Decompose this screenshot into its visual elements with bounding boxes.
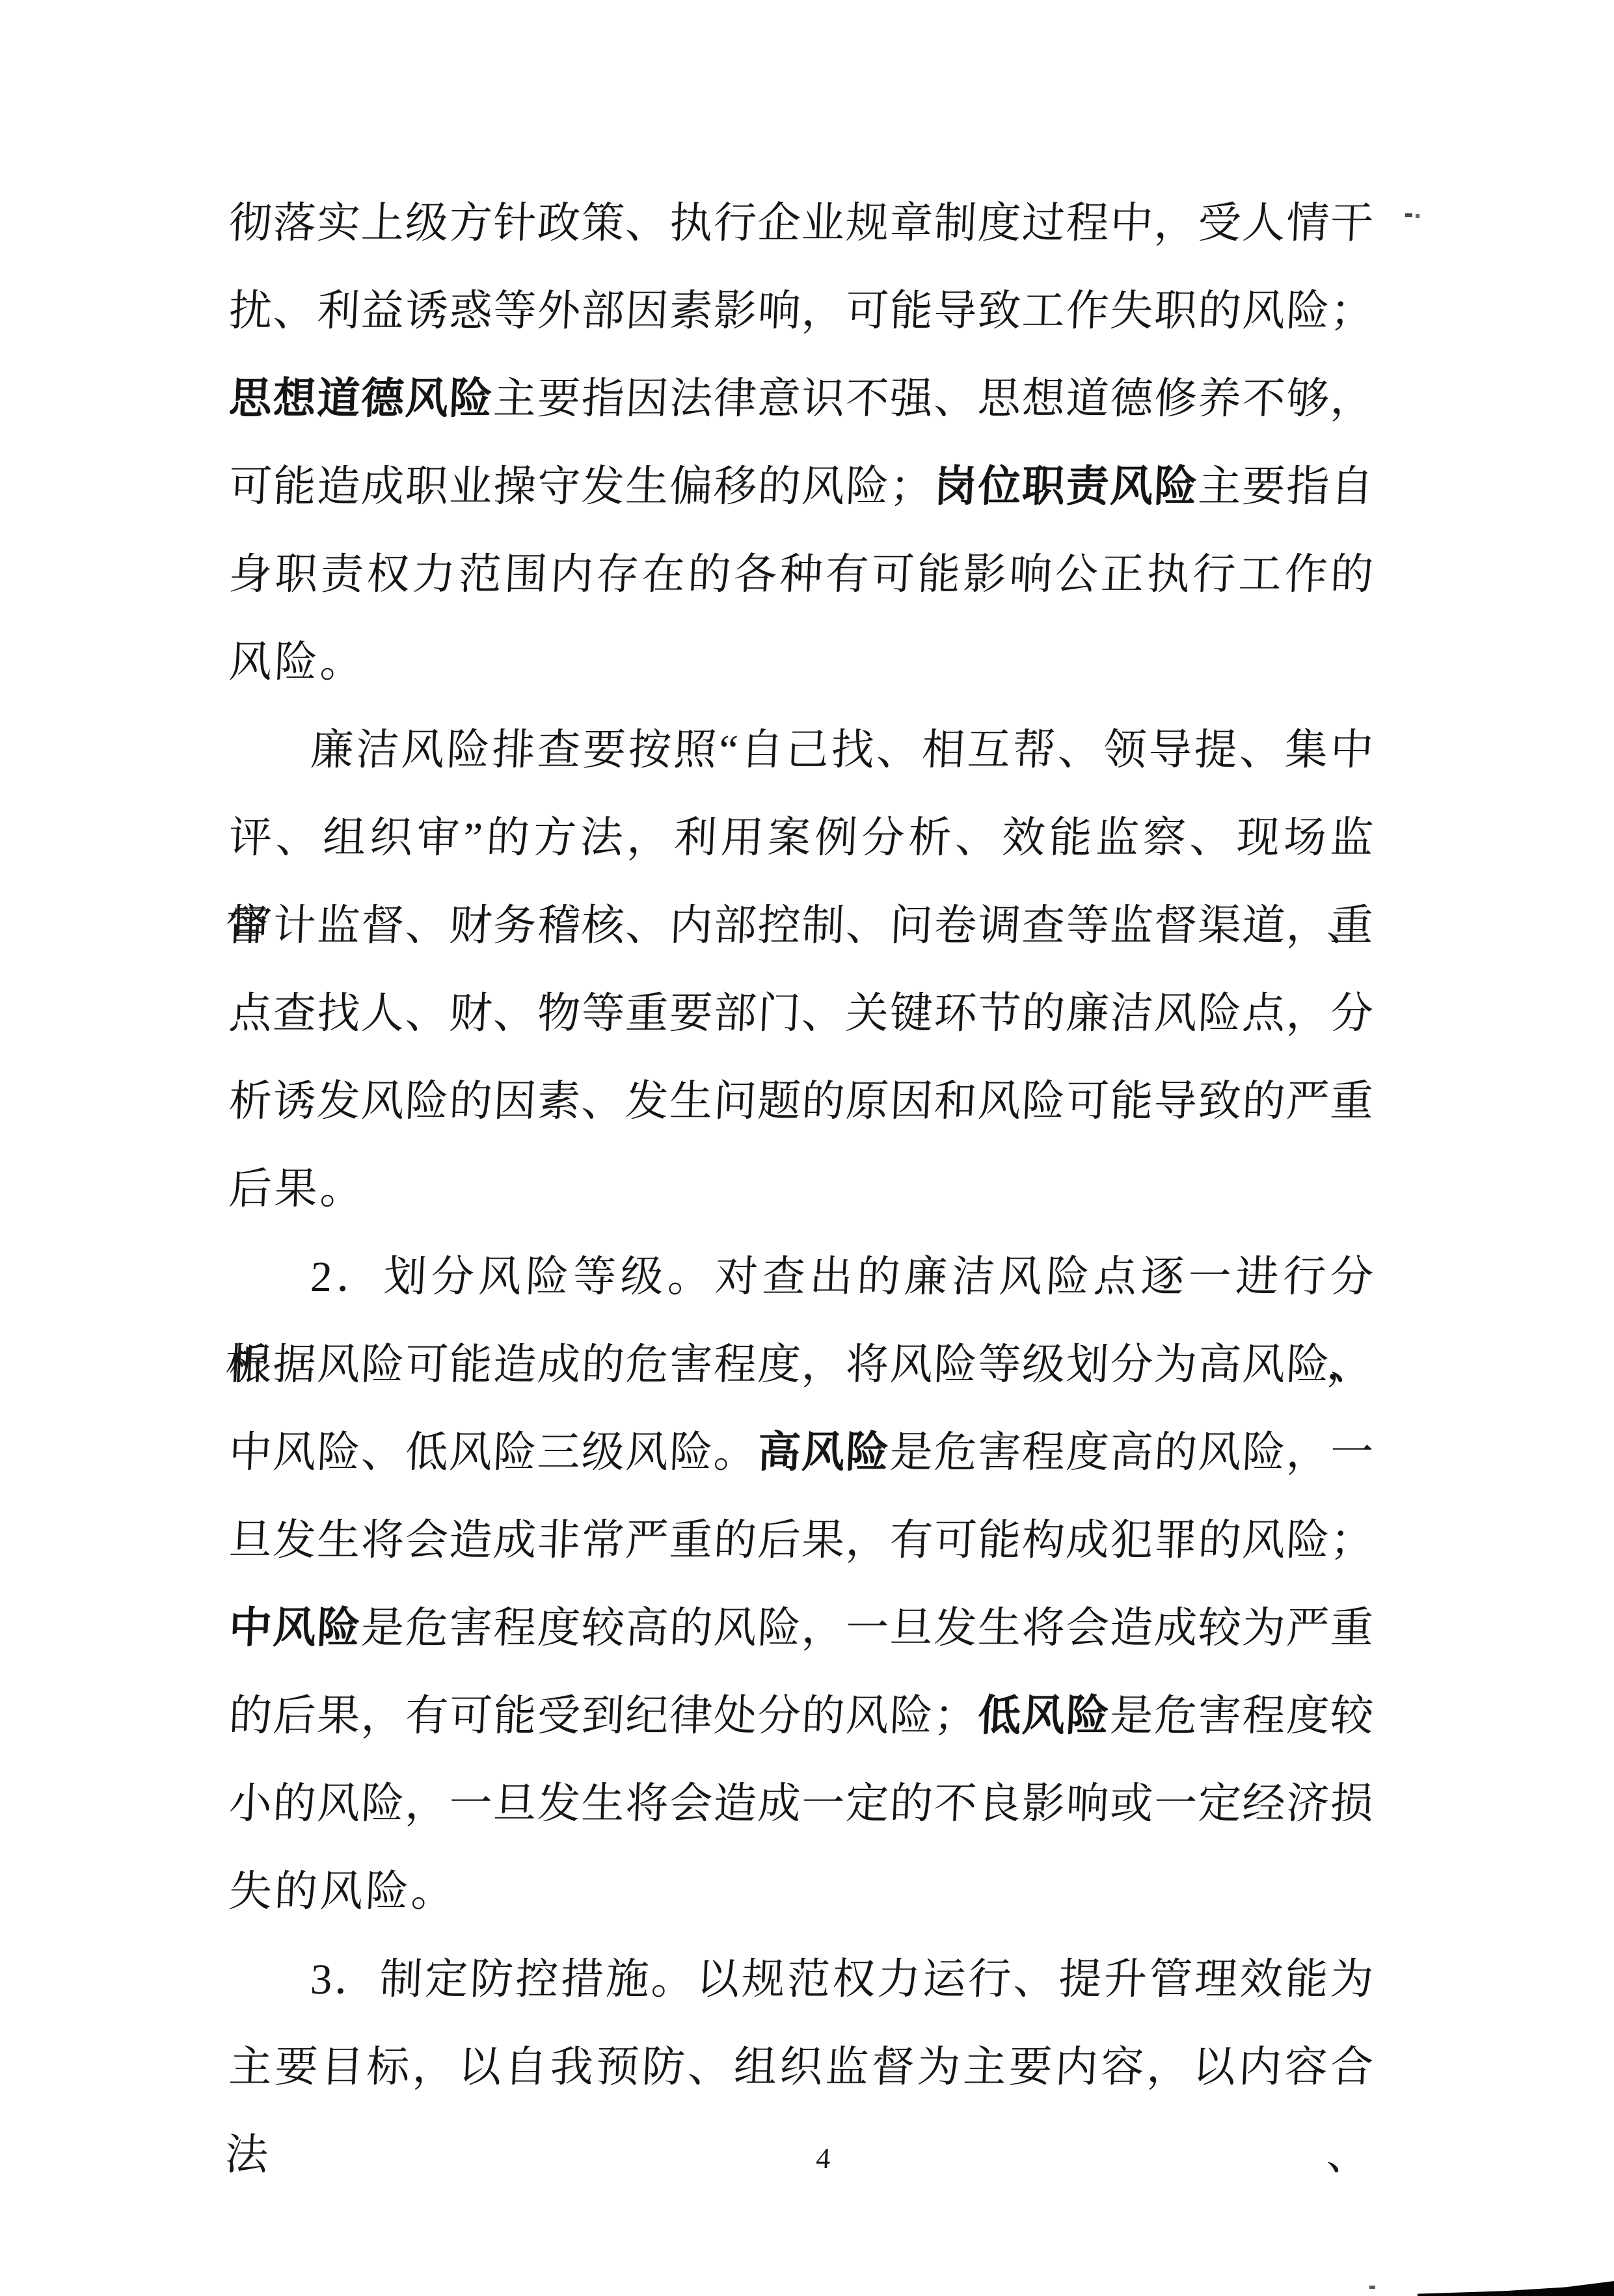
text-segment: 彻落实上级方针政策、执行企业规章制度过程中，受人情干 <box>228 200 1375 247</box>
scan-speck <box>1405 213 1412 217</box>
text-line: 身职责权力范围内存在的各种有可能影响公正执行工作的 <box>227 531 1376 619</box>
text-segment: 小的风险，一旦发生将会造成一定的不良影响或一定经济损 <box>228 1780 1375 1828</box>
emphasized-term: 低风险 <box>976 1692 1111 1740</box>
text-line: 析诱发风险的因素、发生问题的原因和风险可能导致的严重 <box>227 1058 1376 1145</box>
text-line: 可能造成职业操守发生偏移的风险；岗位职责风险主要指自 <box>227 443 1376 531</box>
scan-speck <box>1416 214 1419 218</box>
text-line: 2．划分风险等级。对查出的廉洁风险点逐一进行分析， <box>227 1233 1376 1321</box>
text-segment: 身职责权力范围内存在的各种有可能影响公正执行工作的 <box>228 551 1375 598</box>
text-segment: 是危害程度高的风险，一 <box>889 1429 1375 1476</box>
emphasized-term: 中风险 <box>228 1605 362 1652</box>
text-segment: 的后果，有可能受到纪律处分的风险； <box>228 1692 978 1740</box>
emphasized-term: 高风险 <box>757 1429 891 1476</box>
text-segment: 点查找人、财、物等重要部门、关键环节的廉洁风险点，分 <box>228 990 1375 1037</box>
text-line: 彻落实上级方针政策、执行企业规章制度过程中，受人情干 <box>227 180 1376 267</box>
text-segment: 扰、利益诱惑等外部因素影响，可能导致工作失职的风险； <box>228 287 1375 335</box>
text-line: 审计监督、财务稽核、内部控制、问卷调查等监督渠道，重 <box>227 882 1376 970</box>
text-line: 中风险是危害程度较高的风险，一旦发生将会造成较为严重 <box>227 1584 1376 1672</box>
text-line: 3．制定防控措施。以规范权力运行、提升管理效能为 <box>227 1936 1376 2023</box>
text-segment: 主要指自 <box>1197 463 1375 511</box>
text-line: 失的风险。 <box>227 1848 1376 1936</box>
text-line: 主要目标，以自我预防、组织监督为主要内容，以内容合法、 <box>227 2023 1376 2111</box>
scan-smudge-bottom-right <box>1418 2278 1614 2296</box>
document-body: 彻落实上级方针政策、执行企业规章制度过程中，受人情干扰、利益诱惑等外部因素影响，… <box>229 180 1374 2111</box>
text-segment: 是危害程度较高的风险，一旦发生将会造成较为严重 <box>360 1605 1375 1652</box>
text-line: 后果。 <box>227 1145 1376 1233</box>
text-line: 扰、利益诱惑等外部因素影响，可能导致工作失职的风险； <box>227 267 1376 355</box>
text-segment: 中风险、低风险三级风险。 <box>228 1429 759 1476</box>
text-segment: 3．制定防控措施。以规范权力运行、提升管理效能为 <box>310 1956 1375 2003</box>
text-line: 廉洁风险排查要按照“自己找、相互帮、领导提、集中 <box>227 706 1376 794</box>
text-segment: 根据风险可能造成的危害程度，将风险等级划分为高风险、 <box>228 1341 1375 1389</box>
text-line: 思想道德风险主要指因法律意识不强、思想道德修养不够， <box>227 355 1376 443</box>
emphasized-term: 岗位职责风险 <box>932 463 1199 511</box>
document-page: 彻落实上级方针政策、执行企业规章制度过程中，受人情干扰、利益诱惑等外部因素影响，… <box>0 0 1614 2296</box>
text-line: 旦发生将会造成非常严重的后果，有可能构成犯罪的风险； <box>227 1497 1376 1584</box>
scan-speck <box>1369 2286 1375 2289</box>
text-segment: 主要指因法律意识不强、思想道德修养不够， <box>492 375 1375 423</box>
text-line: 中风险、低风险三级风险。高风险是危害程度高的风险，一 <box>227 1409 1376 1497</box>
text-segment: 析诱发风险的因素、发生问题的原因和风险可能导致的严重 <box>228 1078 1375 1125</box>
text-segment: 审计监督、财务稽核、内部控制、问卷调查等监督渠道，重 <box>228 902 1375 950</box>
text-line: 根据风险可能造成的危害程度，将风险等级划分为高风险、 <box>227 1321 1376 1409</box>
text-segment: 风险。 <box>228 639 366 686</box>
text-line: 评、组织审”的方法，利用案例分析、效能监察、现场监督、 <box>227 794 1376 882</box>
page-number: 4 <box>16 2142 1614 2175</box>
emphasized-term: 思想道德风险 <box>228 375 494 423</box>
text-segment: 后果。 <box>228 1166 366 1213</box>
text-line: 小的风险，一旦发生将会造成一定的不良影响或一定经济损 <box>227 1760 1376 1848</box>
text-segment: 可能造成职业操守发生偏移的风险； <box>228 463 934 511</box>
text-segment: 失的风险。 <box>228 1868 457 1916</box>
text-segment: 廉洁风险排查要按照“自己找、相互帮、领导提、集中 <box>310 727 1375 774</box>
text-line: 的后果，有可能受到纪律处分的风险；低风险是危害程度较 <box>227 1672 1376 1760</box>
text-line: 风险。 <box>227 619 1376 706</box>
text-line: 点查找人、财、物等重要部门、关键环节的廉洁风险点，分 <box>227 970 1376 1058</box>
text-segment: 旦发生将会造成非常严重的后果，有可能构成犯罪的风险； <box>228 1517 1375 1564</box>
text-segment: 是危害程度较 <box>1109 1692 1375 1740</box>
